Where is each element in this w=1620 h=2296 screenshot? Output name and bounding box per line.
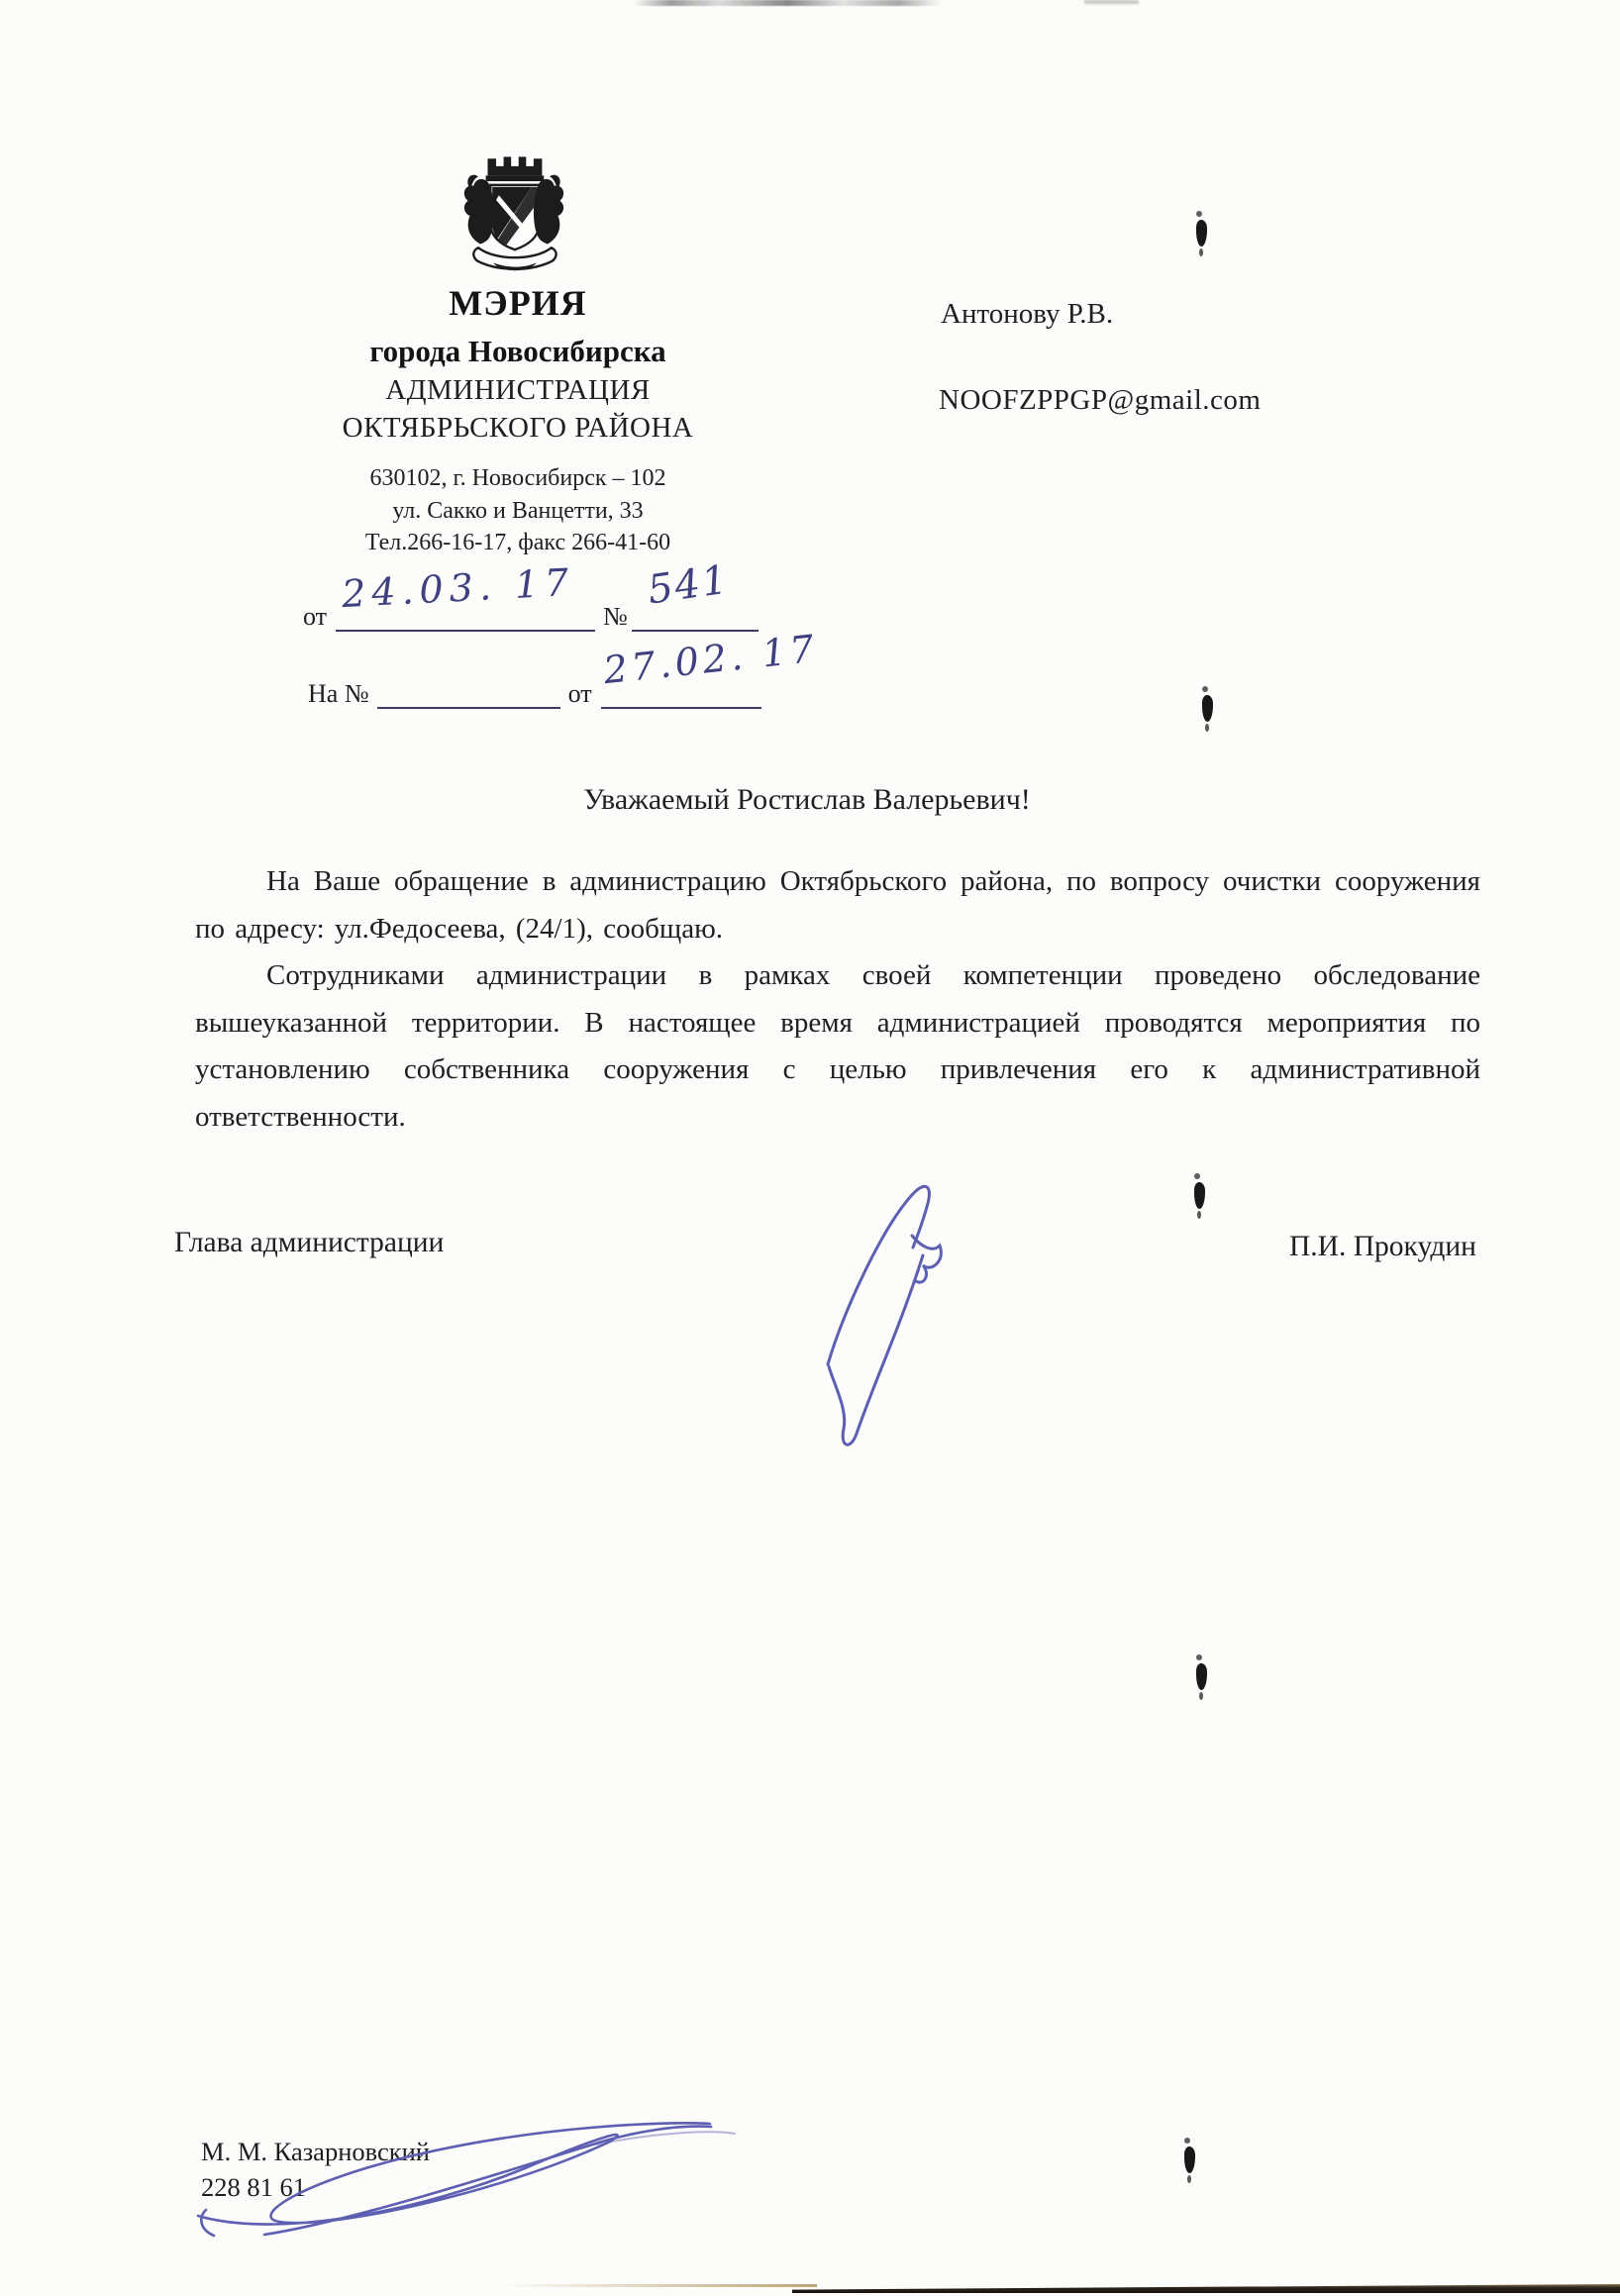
incoming-reference-line: На №от27.02. 17: [308, 669, 761, 709]
outgoing-reference-line: от24.03. 17№541: [303, 592, 759, 632]
ink-blot-artifact: [1194, 1182, 1205, 1209]
out-number-blank: 541: [632, 592, 759, 632]
org-name-line: АДМИНИСТРАЦИЯ: [231, 376, 805, 405]
in-from-label: от: [568, 679, 592, 708]
ink-blot-artifact: [1196, 220, 1207, 247]
signer-title: Глава администрации: [174, 1227, 444, 1259]
scan-bottom-edge-band: [792, 2284, 1620, 2293]
signature-scribble-ink: [170, 2089, 745, 2257]
org-postal-address: 630102, г. Новосибирск – 102: [231, 466, 805, 490]
org-name-line: ОКТЯБРЬСКОГО РАЙОНА: [231, 414, 805, 443]
body-paragraph: На Ваше обращение в администрацию Октябр…: [195, 858, 1480, 952]
ink-blot-artifact: [1202, 695, 1213, 722]
org-name-line: города Новосибирска: [231, 336, 805, 366]
scanned-letter-page: МЭРИЯ города Новосибирска АДМИНИСТРАЦИЯ …: [0, 0, 1620, 2296]
letter-body: На Ваше обращение в администрацию Октябр…: [195, 858, 1480, 1141]
org-phone-fax: Тел.266-16-17, факс 266-41-60: [231, 531, 805, 554]
in-date-blank: 27.02. 17: [601, 669, 761, 709]
out-from-label: от: [303, 602, 327, 631]
body-paragraph: Сотрудниками администрации в рамках свое…: [195, 952, 1480, 1141]
org-name-line: МЭРИЯ: [231, 285, 805, 321]
salutation: Уважаемый Ростислав Валерьевич!: [139, 783, 1475, 817]
signature-prokudin-ink: [774, 1174, 972, 1449]
out-number-label: №: [603, 602, 628, 631]
out-date-blank: 24.03. 17: [336, 592, 595, 632]
novosibirsk-coat-of-arms-icon: [439, 147, 589, 287]
ink-blot-artifact: [1196, 1663, 1207, 1690]
handwritten-out-date: 24.03. 17: [341, 560, 575, 616]
signer-name: П.И. Прокудин: [1289, 1231, 1476, 1263]
scan-bottom-edge-line: [500, 2284, 817, 2287]
org-street-address: ул. Сакко и Ванцетти, 33: [231, 499, 805, 523]
handwritten-in-date: 27.02. 17: [601, 627, 820, 692]
in-number-label: На №: [308, 679, 369, 708]
scan-edge-smudge: [634, 0, 941, 6]
letterhead: МЭРИЯ города Новосибирска АДМИНИСТРАЦИЯ …: [231, 285, 805, 554]
handwritten-out-number: 541: [645, 556, 732, 613]
ink-blot-artifact: [1184, 2146, 1195, 2173]
scan-edge-smudge: [1084, 0, 1139, 4]
recipient-name: Антонову Р.В.: [941, 298, 1113, 331]
in-number-blank: [377, 669, 560, 709]
recipient-email: NOOFZPPGP@gmail.com: [939, 384, 1261, 417]
